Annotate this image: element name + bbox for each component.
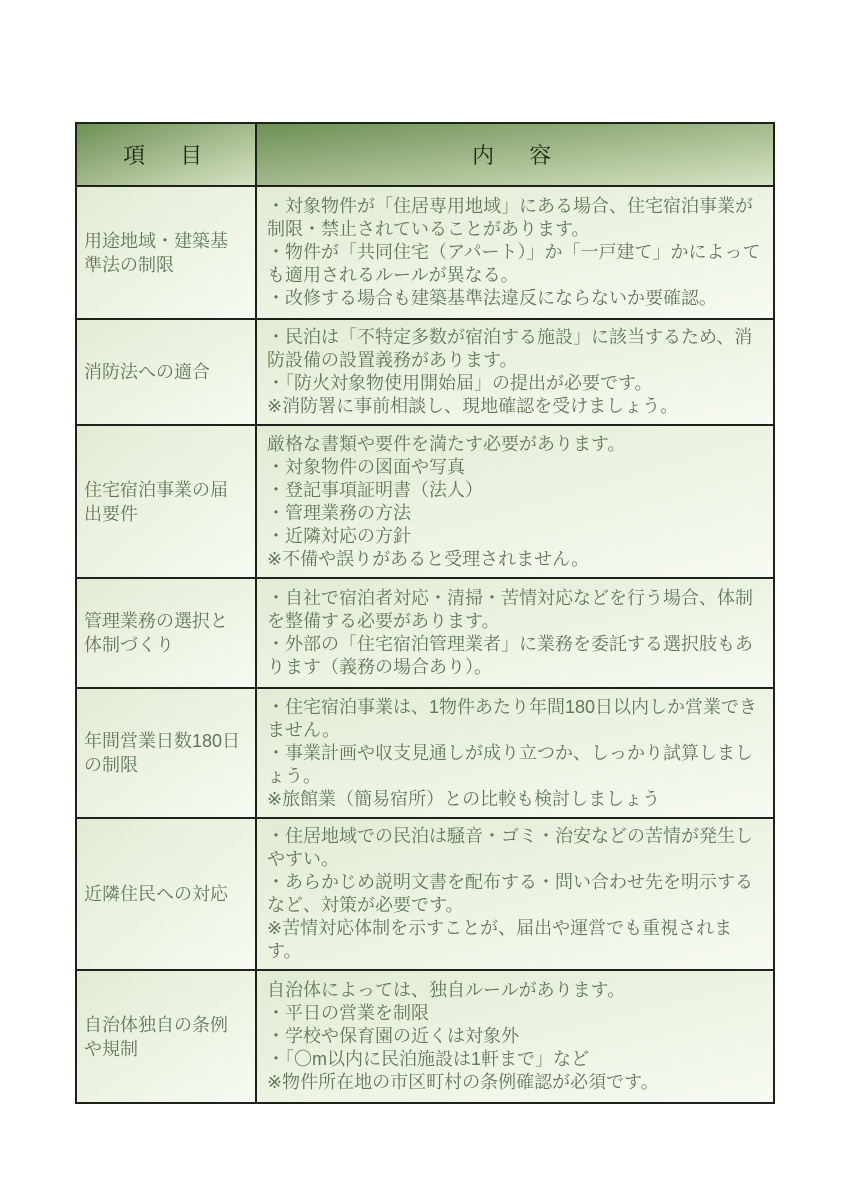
- row-title: 近隣住民への対応: [76, 818, 256, 970]
- row-title: 自治体独自の条例や規制: [76, 970, 256, 1103]
- row-title: 管理業務の選択と体制づくり: [76, 578, 256, 688]
- table-row: 用途地域・建築基準法の制限 ・対象物件が「住居専用地域」にある場合、住宅宿泊事業…: [76, 186, 774, 319]
- header-cell-content: 内 容: [256, 123, 774, 186]
- table-row: 近隣住民への対応 ・住居地域での民泊は騒音・ゴミ・治安などの苦情が発生しやすい。…: [76, 818, 774, 970]
- table-row: 消防法への適合 ・民泊は「不特定多数が宿泊する施設」に該当するため、消防設備の設…: [76, 319, 774, 425]
- row-title: 用途地域・建築基準法の制限: [76, 186, 256, 319]
- row-content: 厳格な書類や要件を満たす必要があります。 ・対象物件の図面や写真 ・登記事項証明…: [256, 425, 774, 578]
- row-content: ・自社で宿泊者対応・清掃・苦情対応などを行う場合、体制を整備する必要があります。…: [256, 578, 774, 688]
- row-content: ・対象物件が「住居専用地域」にある場合、住宅宿泊事業が制限・禁止されていることが…: [256, 186, 774, 319]
- minpaku-regulations-table-wrap: 項 目 内 容 用途地域・建築基準法の制限 ・対象物件が「住居専用地域」にある場…: [75, 122, 775, 1104]
- row-content: ・住居地域での民泊は騒音・ゴミ・治安などの苦情が発生しやすい。 ・あらかじめ説明…: [256, 818, 774, 970]
- table-row: 自治体独自の条例や規制 自治体によっては、独自ルールがあります。 ・平日の営業を…: [76, 970, 774, 1103]
- table-row: 管理業務の選択と体制づくり ・自社で宿泊者対応・清掃・苦情対応などを行う場合、体…: [76, 578, 774, 688]
- minpaku-regulations-table: 項 目 内 容 用途地域・建築基準法の制限 ・対象物件が「住居専用地域」にある場…: [75, 122, 775, 1104]
- table-row: 年間営業日数180日の制限 ・住宅宿泊事業は、1物件あたり年間180日以内しか営…: [76, 688, 774, 818]
- row-content: 自治体によっては、独自ルールがあります。 ・平日の営業を制限 ・学校や保育園の近…: [256, 970, 774, 1103]
- row-content: ・住宅宿泊事業は、1物件あたり年間180日以内しか営業できません。 ・事業計画や…: [256, 688, 774, 818]
- header-cell-item: 項 目: [76, 123, 256, 186]
- row-content: ・民泊は「不特定多数が宿泊する施設」に該当するため、消防設備の設置義務があります…: [256, 319, 774, 425]
- row-title: 住宅宿泊事業の届出要件: [76, 425, 256, 578]
- row-title: 消防法への適合: [76, 319, 256, 425]
- table-row: 住宅宿泊事業の届出要件 厳格な書類や要件を満たす必要があります。 ・対象物件の図…: [76, 425, 774, 578]
- row-title: 年間営業日数180日の制限: [76, 688, 256, 818]
- header-row: 項 目 内 容: [76, 123, 774, 186]
